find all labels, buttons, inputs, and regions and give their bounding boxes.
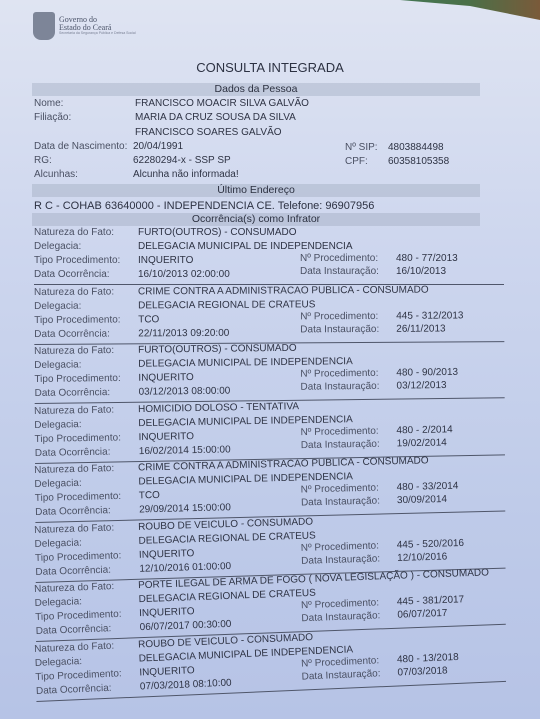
page-title: CONSULTA INTEGRADA bbox=[0, 60, 540, 75]
government-logo: Governo do Estado do Ceará Secretaria da… bbox=[33, 12, 136, 40]
natureza-label: Natureza do Fato: bbox=[34, 227, 114, 238]
num-procedimento-label: Nº Procedimento: bbox=[301, 483, 379, 496]
data-instauracao-label: Data Instauração: bbox=[300, 266, 379, 277]
data-instauracao-label: Data Instauração: bbox=[301, 668, 380, 682]
delegacia-value: DELEGACIA REGIONAL DE CRATEUS bbox=[138, 588, 316, 605]
tipo-label: Tipo Procedimento: bbox=[34, 255, 120, 266]
num-procedimento-value: 480 - 33/2014 bbox=[397, 481, 459, 494]
delegacia-label: Delegacia: bbox=[34, 419, 81, 431]
num-procedimento-label: Nº Procedimento: bbox=[300, 425, 378, 437]
data-ocorrencia-value: 03/12/2013 08:00:00 bbox=[139, 386, 231, 398]
section-header-ocorrencias: Ocorrência(s) como Infrator bbox=[32, 213, 480, 226]
num-procedimento-value: 445 - 520/2016 bbox=[397, 537, 465, 550]
natureza-label: Natureza do Fato: bbox=[34, 522, 114, 535]
data-ocorrencia-label: Data Ocorrência: bbox=[34, 328, 110, 339]
data-instauracao-label: Data Instauração: bbox=[300, 323, 379, 334]
delegacia-label: Delegacia: bbox=[34, 478, 82, 490]
delegacia-label: Delegacia: bbox=[35, 596, 83, 609]
sip-value: 4803884498 bbox=[388, 142, 444, 153]
delegacia-label: Delegacia: bbox=[35, 655, 83, 668]
data-ocorrencia-label: Data Ocorrência: bbox=[34, 269, 110, 280]
tipo-label: Tipo Procedimento: bbox=[35, 609, 122, 623]
num-procedimento-label: Nº Procedimento: bbox=[301, 540, 379, 553]
data-instauracao-label: Data Instauração: bbox=[301, 438, 380, 450]
natureza-label: Natureza do Fato: bbox=[34, 581, 114, 595]
natureza-value: FURTO(OUTROS) - CONSUMADO bbox=[138, 343, 297, 356]
filiacao-label: Filiação: bbox=[34, 112, 71, 123]
num-procedimento-value: 480 - 2/2014 bbox=[396, 424, 452, 436]
data-ocorrencia-label: Data Ocorrência: bbox=[35, 505, 111, 518]
data-ocorrencia-label: Data Ocorrência: bbox=[36, 623, 112, 637]
delegacia-value: DELEGACIA REGIONAL DE CRATEUS bbox=[138, 530, 316, 546]
section-header-pessoa: Dados da Pessoa bbox=[32, 83, 480, 96]
delegacia-label: Delegacia: bbox=[34, 537, 82, 549]
tipo-value: INQUERITO bbox=[138, 372, 194, 384]
delegacia-label: Delegacia: bbox=[34, 359, 81, 371]
num-procedimento-value: 480 - 13/2018 bbox=[397, 651, 459, 665]
cpf-label: CPF: bbox=[345, 156, 368, 167]
natureza-label: Natureza do Fato: bbox=[34, 463, 114, 476]
natureza-label: Natureza do Fato: bbox=[34, 286, 114, 297]
data-instauracao-value: 19/02/2014 bbox=[397, 437, 447, 449]
tipo-value: INQUERITO bbox=[139, 665, 195, 678]
data-instauracao-label: Data Instauração: bbox=[301, 496, 380, 509]
filiacao-pai: FRANCISCO SOARES GALVÃO bbox=[135, 127, 282, 138]
tipo-label: Tipo Procedimento: bbox=[34, 373, 120, 385]
data-ocorrencia-label: Data Ocorrência: bbox=[35, 387, 111, 399]
tipo-label: Tipo Procedimento: bbox=[35, 491, 122, 504]
natureza-value: CRIME CONTRA A ADMINISTRACAO PUBLICA - C… bbox=[138, 284, 429, 297]
natureza-label: Natureza do Fato: bbox=[34, 345, 114, 357]
state-crest-icon bbox=[33, 12, 55, 40]
occurrence-record: Natureza do Fato: CRIME CONTRA A ADMINIS… bbox=[34, 284, 504, 347]
rg-label: RG: bbox=[34, 155, 52, 166]
tipo-label: Tipo Procedimento: bbox=[35, 550, 122, 564]
tipo-value: TCO bbox=[138, 314, 159, 325]
data-instauracao-value: 12/10/2016 bbox=[397, 551, 447, 564]
data-instauracao-label: Data Instauração: bbox=[300, 381, 379, 393]
tipo-label: Tipo Procedimento: bbox=[35, 668, 122, 683]
nome-value: FRANCISCO MOACIR SILVA GALVÃO bbox=[135, 98, 309, 109]
data-instauracao-value: 30/09/2014 bbox=[397, 494, 447, 506]
num-procedimento-label: Nº Procedimento: bbox=[300, 310, 378, 321]
data-ocorrencia-value: 06/07/2017 00:30:00 bbox=[139, 619, 231, 633]
data-instauracao-value: 03/12/2013 bbox=[396, 380, 446, 392]
num-procedimento-label: Nº Procedimento: bbox=[301, 597, 379, 611]
delegacia-value: DELEGACIA REGIONAL DE CRATEUS bbox=[138, 299, 315, 311]
document-page: Governo do Estado do Ceará Secretaria da… bbox=[0, 0, 540, 719]
alcunhas-label: Alcunhas: bbox=[34, 169, 78, 180]
data-ocorrencia-value: 29/09/2014 15:00:00 bbox=[139, 502, 231, 515]
natureza-label: Natureza do Fato: bbox=[34, 404, 114, 416]
delegacia-value: DELEGACIA MUNICIPAL DE INDEPENDENCIA bbox=[138, 241, 353, 252]
data-instauracao-label: Data Instauração: bbox=[301, 610, 380, 624]
num-procedimento-value: 480 - 77/2013 bbox=[396, 253, 458, 264]
data-ocorrencia-value: 12/10/2016 01:00:00 bbox=[139, 561, 231, 575]
data-ocorrencia-label: Data Ocorrência: bbox=[36, 682, 112, 696]
occurrence-record: Natureza do Fato: FURTO(OUTROS) - CONSUM… bbox=[34, 340, 505, 406]
filiacao-mae: MARIA DA CRUZ SOUSA DA SILVA bbox=[135, 112, 296, 123]
data-instauracao-value: 16/10/2013 bbox=[396, 266, 446, 277]
natureza-value: HOMICIDIO DOLOSO - TENTATIVA bbox=[138, 401, 299, 415]
nascimento-value: 20/04/1991 bbox=[133, 141, 183, 152]
data-instauracao-value: 06/07/2017 bbox=[397, 608, 447, 621]
tipo-label: Tipo Procedimento: bbox=[34, 314, 120, 326]
rg-value: 62280294-x - SSP SP bbox=[133, 155, 231, 166]
data-ocorrencia-label: Data Ocorrência: bbox=[35, 446, 111, 458]
data-instauracao-label: Data Instauração: bbox=[301, 553, 380, 566]
cpf-value: 60358105358 bbox=[388, 156, 449, 167]
data-ocorrencia-value: 22/11/2013 09:20:00 bbox=[138, 327, 229, 339]
nome-label: Nome: bbox=[34, 98, 63, 109]
data-ocorrencia-value: 16/10/2013 02:00:00 bbox=[138, 269, 230, 280]
sip-label: Nº SIP: bbox=[345, 142, 378, 153]
nascimento-label: Data de Nascimento: bbox=[34, 141, 127, 152]
logo-line3: Secretaria da Segurança Pública e Defesa… bbox=[59, 32, 136, 36]
tipo-value: INQUERITO bbox=[138, 255, 193, 266]
data-ocorrencia-value: 16/02/2014 15:00:00 bbox=[139, 444, 231, 457]
num-procedimento-label: Nº Procedimento: bbox=[300, 368, 378, 380]
data-ocorrencia-label: Data Ocorrência: bbox=[35, 564, 111, 577]
data-instauracao-value: 26/11/2013 bbox=[396, 323, 445, 334]
address-line: R C - COHAB 63640000 - INDEPENDENCIA CE.… bbox=[34, 200, 374, 212]
num-procedimento-value: 480 - 90/2013 bbox=[396, 367, 458, 379]
data-instauracao-value: 07/03/2018 bbox=[397, 665, 447, 678]
natureza-value: FURTO(OUTROS) - CONSUMADO bbox=[138, 227, 297, 238]
num-procedimento-label: Nº Procedimento: bbox=[300, 253, 378, 264]
tipo-label: Tipo Procedimento: bbox=[35, 432, 122, 445]
tipo-value: INQUERITO bbox=[139, 548, 195, 561]
num-procedimento-value: 445 - 381/2017 bbox=[397, 594, 465, 607]
tipo-value: INQUERITO bbox=[138, 431, 194, 443]
tipo-value: TCO bbox=[139, 490, 160, 502]
tipo-value: INQUERITO bbox=[139, 606, 195, 619]
delegacia-label: Delegacia: bbox=[34, 241, 81, 252]
num-procedimento-value: 445 - 312/2013 bbox=[396, 310, 463, 321]
delegacia-label: Delegacia: bbox=[34, 300, 81, 311]
data-ocorrencia-value: 07/03/2018 08:10:00 bbox=[140, 677, 232, 692]
alcunhas-value: Alcunha não informada! bbox=[133, 169, 239, 180]
occurrence-record: Natureza do Fato: FURTO(OUTROS) - CONSUM… bbox=[34, 227, 504, 287]
section-header-endereco: Último Endereço bbox=[32, 184, 480, 197]
